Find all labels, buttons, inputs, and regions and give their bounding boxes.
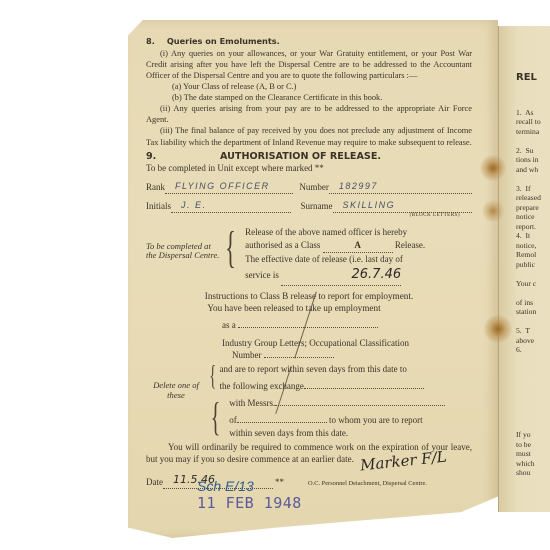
section-8-para-ii: (ii) Any queries arising from your pay a…	[146, 103, 472, 125]
oc-label: O.C. Personnel Detachment, Dispersal Cen…	[308, 480, 427, 488]
of-field[interactable]	[237, 422, 327, 423]
rust-stain	[484, 315, 512, 343]
brace-icon: {	[225, 226, 236, 286]
delete-block: Delete one of these { and are to report …	[146, 363, 472, 439]
brace-icon: {	[211, 397, 221, 440]
rust-stain	[482, 200, 504, 222]
dispersal-block: To be completed at the Dispersal Centre.…	[146, 226, 472, 286]
dispersal-label: To be completed at the Dispersal Centre.	[146, 226, 220, 286]
section-9-instruction: To be completed in Unit except where mar…	[146, 163, 472, 175]
delete-label: Delete one of these	[146, 363, 206, 439]
service-date-field[interactable]: 26.7.46	[281, 266, 401, 286]
release-text: Release of the above named officer is he…	[245, 226, 472, 286]
rust-stain	[480, 155, 506, 181]
section-9-heading: 9. AUTHORISATION OF RELEASE.	[146, 151, 472, 164]
document-body: 8.Queries on Emoluments. (i) Any queries…	[146, 36, 472, 489]
right-page-text: 1. As recall to termina 2. Su tions in a…	[516, 108, 541, 478]
exchange-field[interactable]	[304, 388, 424, 389]
section-8-heading: 8.Queries on Emoluments.	[146, 36, 472, 47]
date-row: Date 11.5.46 ** O.C. Personnel Detachmen…	[146, 473, 472, 489]
initials-field[interactable]: J. E.	[171, 200, 291, 213]
service-number-field[interactable]: 182997	[329, 181, 472, 194]
industry-label: Industry Group Letters; Occupational Cla…	[222, 338, 472, 350]
right-page-title: REL	[516, 72, 537, 85]
brace-icon: {	[209, 363, 216, 393]
date-label: Date	[146, 477, 163, 489]
surname-field[interactable]: SKILLING	[333, 200, 472, 213]
section-8-title: Queries on Emoluments.	[167, 36, 280, 46]
initials-surname-row: Initials J. E. Surname SKILLING	[146, 200, 472, 213]
employment-field[interactable]	[238, 327, 378, 328]
rank-field[interactable]: FLYING OFFICER	[165, 181, 293, 194]
section-8-para-i: (i) Any queries on your allowances, or y…	[146, 48, 472, 81]
rank-label: Rank	[146, 182, 165, 194]
as-a-row: as a	[222, 320, 472, 332]
rank-number-row: Rank FLYING OFFICER Number 182997	[146, 181, 472, 194]
messrs-field[interactable]	[275, 405, 445, 406]
stamp-initials: Sch E/13	[197, 478, 302, 494]
number2-row: Number	[232, 350, 472, 362]
option1-line1: and are to report within seven days from…	[219, 363, 423, 376]
section-9-title: AUTHORISATION OF RELEASE.	[220, 151, 381, 164]
classification-number-field[interactable]	[264, 357, 334, 358]
stamp-date: 11 FEB 1948	[197, 494, 302, 512]
section-8-item-b: (b) The date stamped on the Clearance Ce…	[146, 92, 472, 103]
initials-label: Initials	[146, 201, 171, 213]
release-class-field[interactable]: A	[323, 239, 393, 253]
block-letters-note: (BLOCK LETTERS)	[146, 213, 460, 220]
section-8-item-a: (a) Your Class of release (A, B or C.)	[146, 81, 472, 92]
number-label: Number	[299, 182, 329, 194]
section-8-para-iii: (iii) The final balance of pay received …	[146, 125, 472, 147]
clearance-stamp: Sch E/13 11 FEB 1948	[197, 478, 302, 512]
class-b-heading: Instructions to Class B release to repor…	[146, 290, 472, 302]
surname-label: Surname	[301, 201, 333, 213]
